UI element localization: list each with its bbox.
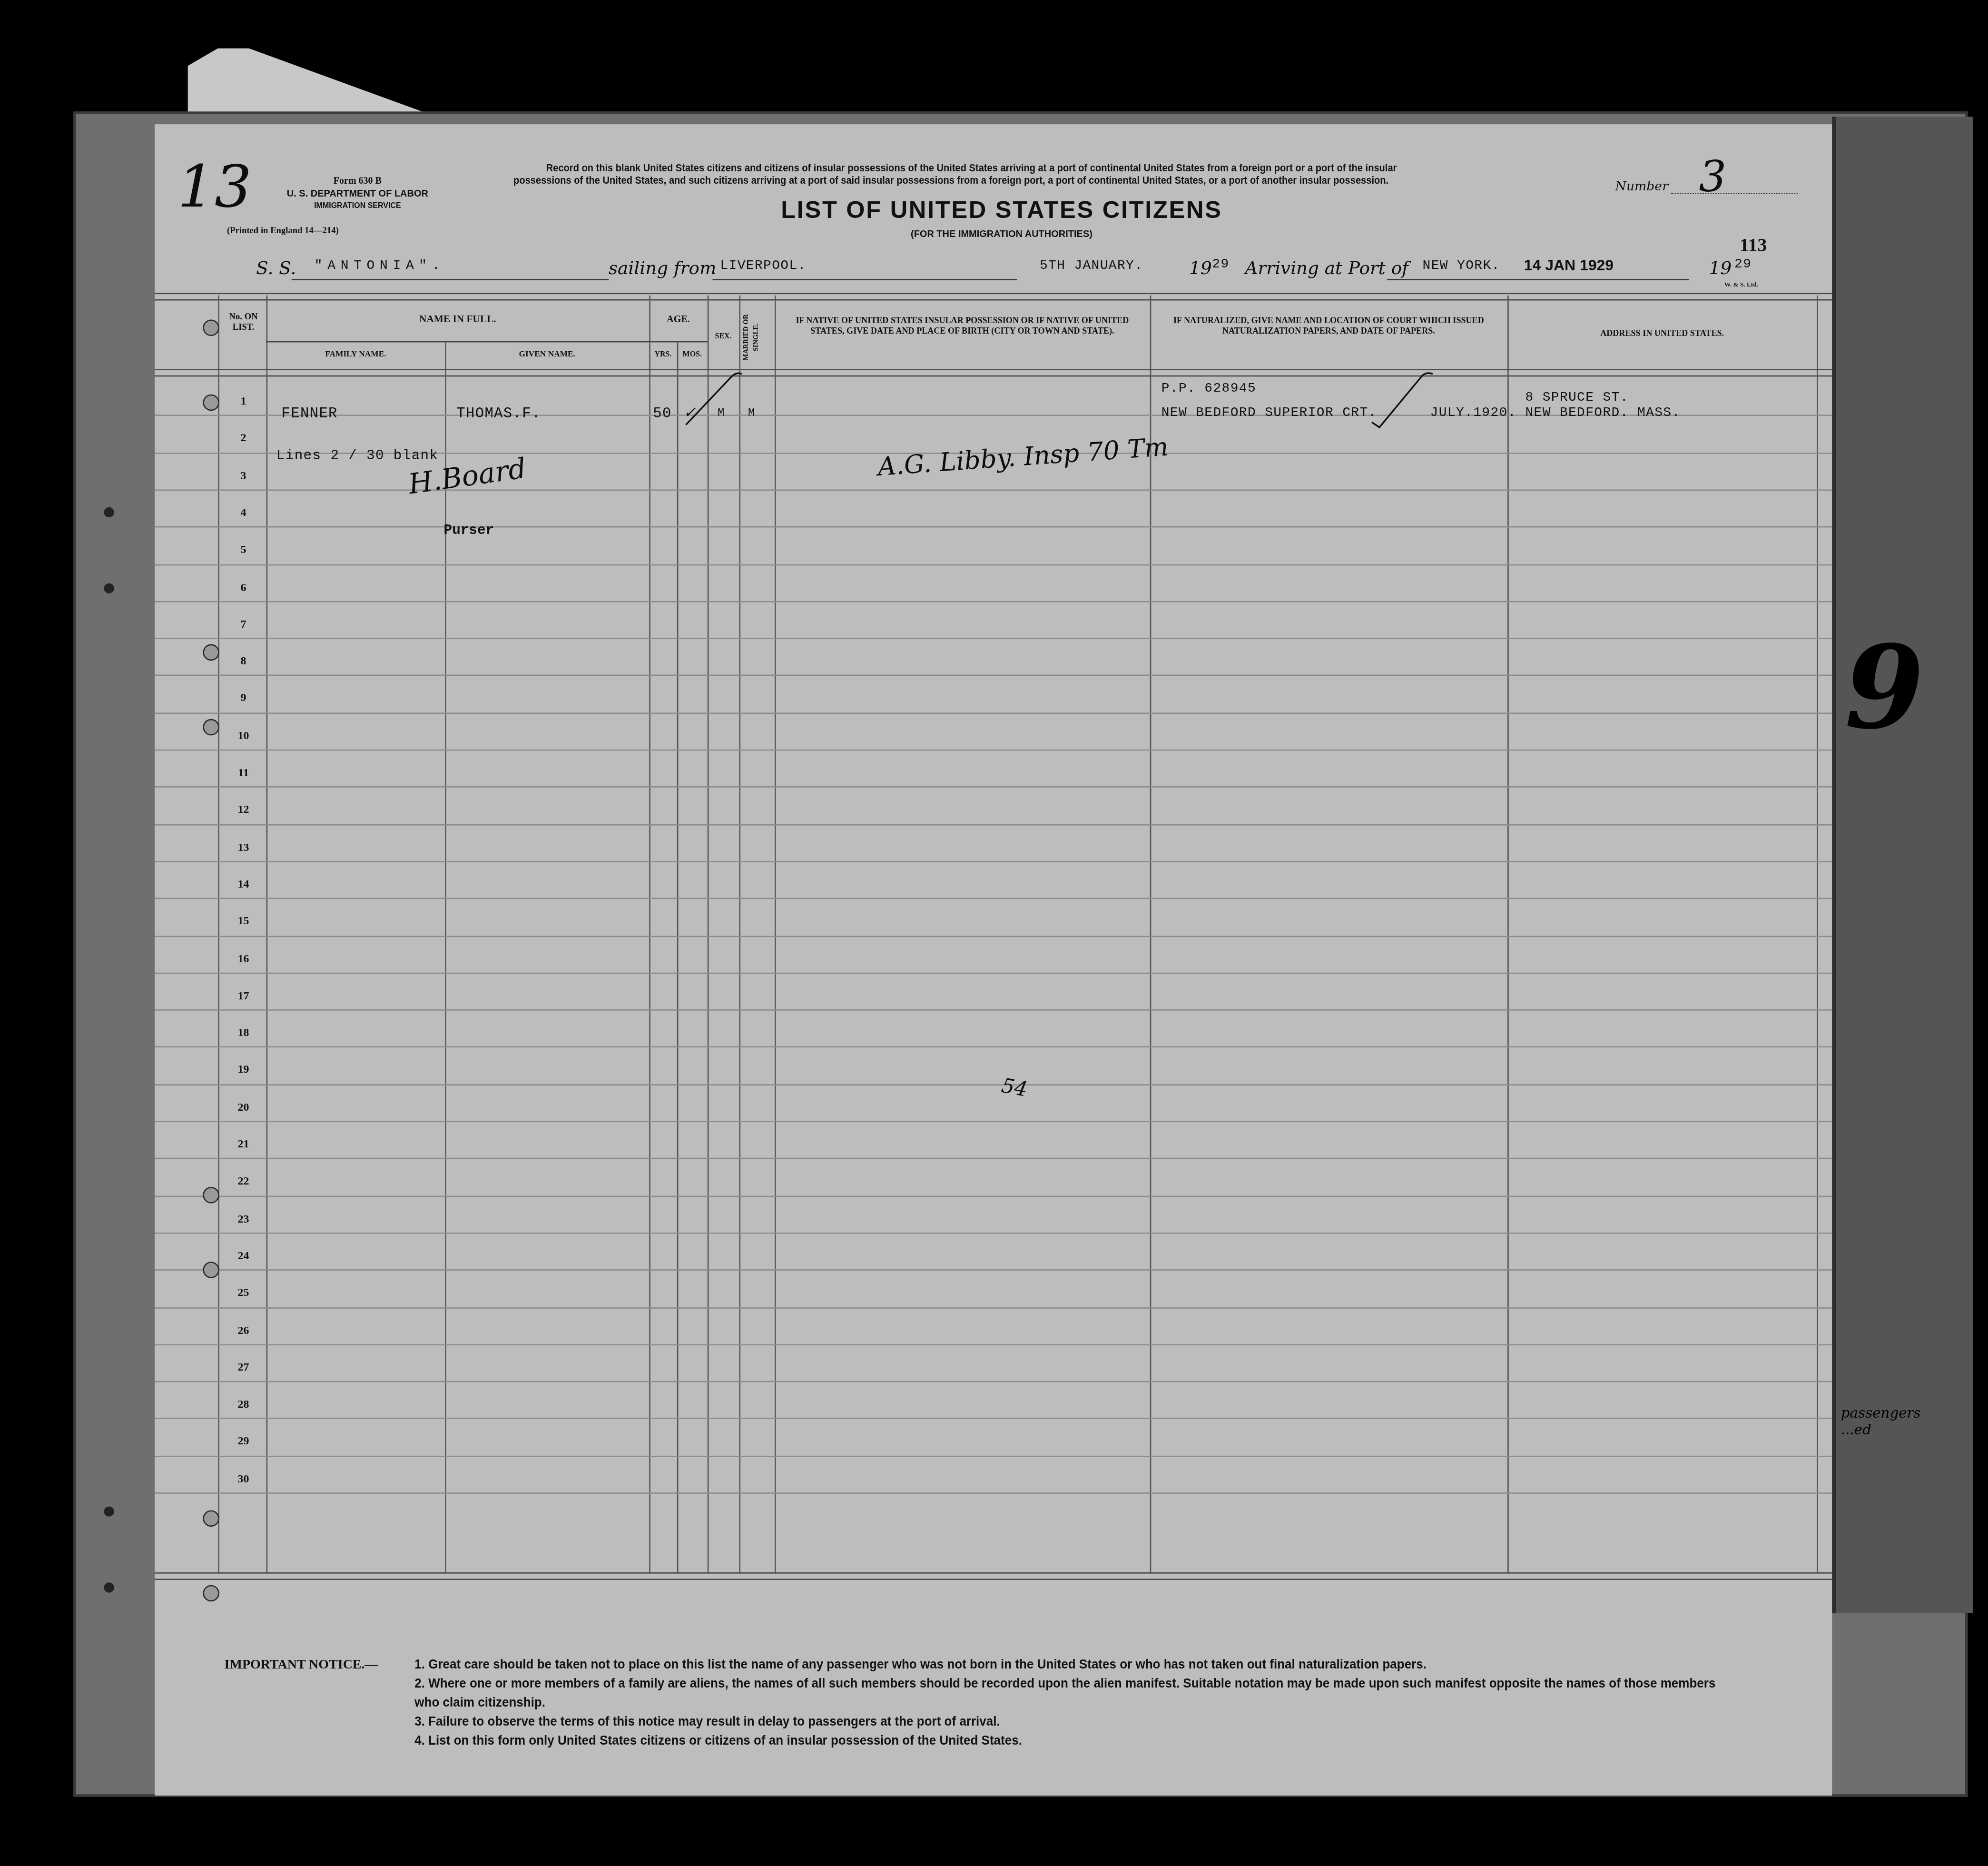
header-naturalized: IF NATURALIZED, GIVE NAME AND LOCATION O…	[1156, 317, 1501, 337]
arrival-port: NEW YORK.	[1423, 259, 1500, 274]
binder-rivet	[104, 1506, 114, 1516]
ss-label: S. S.	[256, 259, 296, 279]
row-rule	[155, 898, 1832, 899]
row-rule	[155, 787, 1832, 788]
depart-year: 29	[1212, 257, 1229, 273]
page-title: LIST OF UNITED STATES CITIZENS	[659, 198, 1344, 226]
purser-title: Purser	[444, 523, 494, 539]
row-rule	[155, 1084, 1832, 1085]
arrival-underline	[1387, 279, 1689, 280]
header-address: ADDRESS IN UNITED STATES.	[1507, 330, 1817, 340]
margin-mark: 9	[1845, 622, 1924, 756]
line-number: 30	[221, 1472, 266, 1485]
number-underline	[1671, 193, 1798, 194]
row-rule	[155, 1233, 1832, 1234]
line-number: 14	[221, 878, 266, 890]
ship-name: "ANTONIA".	[315, 259, 445, 274]
entry-age-years: 50	[653, 406, 671, 423]
handwritten-corner-number: 13	[177, 152, 252, 221]
binder-hole	[203, 719, 219, 736]
row-rule	[155, 750, 1832, 751]
line-number: 12	[221, 803, 266, 816]
arriving-label: Arriving at Port of	[1245, 259, 1408, 279]
entry-family-name: FENNER	[282, 406, 338, 423]
binder-right-edge	[1832, 117, 1973, 1613]
notice-heading: IMPORTANT NOTICE.—	[225, 1656, 378, 1675]
service-label: IMMIGRATION SERVICE	[263, 200, 453, 213]
binder-hole	[203, 1262, 219, 1278]
row-rule	[155, 638, 1832, 639]
notice-item: 2. Where one or more members of a family…	[414, 1675, 1723, 1713]
check-stroke-icon	[681, 372, 757, 429]
row-rule	[155, 1121, 1832, 1122]
binder-rivet	[104, 583, 114, 593]
line-number: 11	[221, 766, 266, 779]
header-bottom-rule	[155, 369, 1832, 376]
binder-hole	[203, 319, 219, 336]
line-number: 20	[221, 1100, 266, 1113]
number-value: 3	[1699, 152, 1726, 203]
entry-naturalization-date: JULY.1920.	[1430, 406, 1516, 421]
row-rule	[155, 1418, 1832, 1420]
form-id-block: Form 630 B U. S. DEPARTMENT OF LABOR IMM…	[263, 175, 453, 213]
inspector-signature: A.G. Libby. Insp 70 Tm	[876, 431, 1169, 482]
line-number: 27	[221, 1360, 266, 1373]
entry-given-name: THOMAS.F.	[456, 406, 541, 423]
row-rule	[155, 1009, 1832, 1011]
row-rule	[155, 824, 1832, 825]
entry-naturalization-cert: P.P. 628945	[1161, 382, 1256, 397]
printer-mark: W. & S. Ltd.	[1724, 283, 1758, 289]
header-name-in-full: NAME IN FULL.	[266, 315, 650, 325]
row-rule	[155, 1344, 1832, 1345]
binder-rivet	[104, 507, 114, 517]
header-married-single: MARRIED OR SINGLE.	[742, 304, 762, 370]
depart-year-prefix: 19	[1189, 259, 1212, 279]
line-number: 28	[221, 1398, 266, 1411]
arrival-year: 29	[1734, 257, 1752, 273]
sailing-label: sailing from	[609, 259, 716, 279]
row-rule	[155, 675, 1832, 677]
row-rule	[155, 489, 1832, 491]
header-sex: SEX.	[708, 332, 739, 342]
depart-date: 5TH JANUARY.	[1040, 259, 1143, 274]
page-mark: 54	[1000, 1073, 1029, 1101]
row-rule	[155, 972, 1832, 974]
line-number: 5	[221, 543, 266, 556]
voyage-line: S. S. "ANTONIA". sailing from LIVERPOOL.…	[155, 254, 1832, 286]
blank-lines-note: Lines 2 / 30 blank	[276, 449, 439, 464]
line-number: 22	[221, 1175, 266, 1187]
line-number: 15	[221, 915, 266, 928]
row-rule	[155, 1381, 1832, 1382]
row-rule	[155, 526, 1832, 528]
line-number: 25	[221, 1286, 266, 1299]
binder-hole	[203, 1585, 219, 1602]
line-number: 23	[221, 1212, 266, 1224]
row-rule	[155, 1270, 1832, 1271]
line-number: 10	[221, 729, 266, 741]
header-yrs: YRS.	[649, 350, 677, 360]
row-rule	[155, 1047, 1832, 1048]
row-rule	[155, 563, 1832, 565]
line-number: 17	[221, 989, 266, 1002]
row-rule	[155, 601, 1832, 602]
line-number: 2	[221, 432, 266, 444]
notice-item: 1. Great care should be taken not to pla…	[414, 1656, 1723, 1675]
arrival-year-prefix: 19	[1709, 259, 1732, 279]
row-rule	[155, 935, 1832, 937]
header-mos: MOS.	[677, 350, 708, 360]
department-label: U. S. DEPARTMENT OF LABOR	[263, 188, 453, 200]
line-number: 13	[221, 840, 266, 853]
line-number: 6	[221, 580, 266, 593]
row-rule	[155, 1307, 1832, 1308]
table-bottom-rule	[155, 1572, 1832, 1580]
line-number: 29	[221, 1435, 266, 1448]
line-number: 18	[221, 1026, 266, 1039]
binder-hole	[203, 1510, 219, 1527]
line-number: 8	[221, 654, 266, 667]
row-rule	[155, 712, 1832, 714]
number-label: Number	[1615, 180, 1668, 194]
line-number: 3	[221, 469, 266, 482]
line-number: 26	[221, 1323, 266, 1336]
manifest-page: 13 Form 630 B U. S. DEPARTMENT OF LABOR …	[155, 124, 1832, 1796]
entry-address-city: NEW BEDFORD. MASS.	[1525, 406, 1680, 421]
header-age: AGE.	[649, 315, 708, 325]
binder-hole	[203, 395, 219, 411]
entry-address-street: 8 SPRUCE ST.	[1525, 391, 1628, 406]
header-native-birth: IF NATIVE OF UNITED STATES INSULAR POSSE…	[781, 317, 1143, 337]
header-family-name: FAMILY NAME.	[266, 350, 445, 360]
binder-hole	[203, 644, 219, 661]
instructions-text: Record on this blank United States citiz…	[513, 162, 1423, 188]
page-subtitle: (FOR THE IMMIGRATION AUTHORITIES)	[786, 228, 1217, 240]
notice-item: 3. Failure to observe the terms of this …	[414, 1713, 1723, 1732]
line-number: 7	[221, 617, 266, 630]
line-number: 21	[221, 1137, 266, 1150]
printed-in-note: (Printed in England 14—214)	[227, 226, 339, 236]
row-rule	[155, 1492, 1832, 1494]
header-given-name: GIVEN NAME.	[445, 350, 649, 360]
from-port: LIVERPOOL.	[720, 259, 806, 274]
binder-hole	[203, 1187, 219, 1204]
entry-naturalization-court: NEW BEDFORD SUPERIOR CRT.	[1161, 406, 1377, 421]
row-rule	[155, 861, 1832, 862]
form-number: Form 630 B	[263, 175, 453, 188]
row-rule	[155, 1455, 1832, 1457]
binder-rivet	[104, 1582, 114, 1592]
port-underline	[712, 279, 1016, 280]
line-number: 24	[221, 1249, 266, 1262]
line-number: 19	[221, 1063, 266, 1076]
arrival-date-stamp: 14 JAN 1929	[1524, 256, 1614, 274]
row-rule	[155, 1195, 1832, 1197]
table-top-rule	[155, 293, 1832, 300]
line-number: 1	[221, 395, 266, 407]
line-number: 4	[221, 506, 266, 519]
line-number: 9	[221, 691, 266, 704]
check-stroke-icon	[1367, 372, 1443, 429]
margin-note: passengers ...ed	[1841, 1405, 1942, 1438]
header-no-on-list: No. ON LIST.	[221, 312, 266, 332]
ship-underline	[292, 279, 609, 280]
row-rule	[155, 1158, 1832, 1159]
name-age-subrule	[266, 341, 708, 343]
notice-item: 4. List on this form only United States …	[414, 1732, 1723, 1751]
line-number: 16	[221, 952, 266, 965]
